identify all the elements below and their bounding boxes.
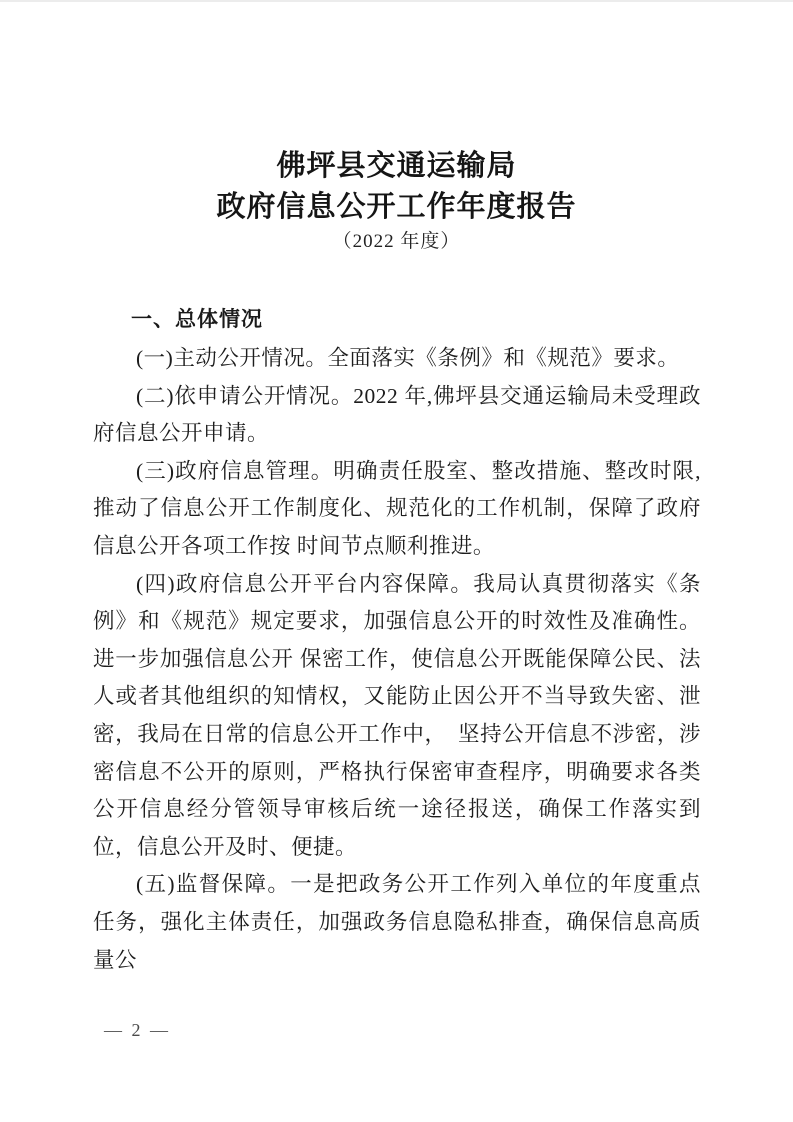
document-subtitle: （2022 年度）: [0, 230, 793, 254]
document-title-line-2: 政府信息公开工作年度报告: [0, 187, 793, 228]
paragraph: (二)依申请公开情况。2022 年,佛坪县交通运输局未受理政府信息公开申请。: [93, 378, 701, 453]
document-body: 一、总体情况 (一)主动公开情况。全面落实《条例》和《规范》要求。(二)依申请公…: [0, 300, 793, 979]
paragraph: (五)监督保障。一是把政务公开工作列入单位的年度重点任务，强化主体责任，加强政务…: [93, 866, 701, 979]
section-heading: 一、总体情况: [93, 300, 701, 340]
document-title-block: 佛坪县交通运输局 政府信息公开工作年度报告 （2022 年度）: [0, 2, 793, 254]
document-title-line-1: 佛坪县交通运输局: [0, 146, 793, 187]
paragraph: (一)主动公开情况。全面落实《条例》和《规范》要求。: [93, 340, 701, 378]
document-page: 佛坪县交通运输局 政府信息公开工作年度报告 （2022 年度） 一、总体情况 (…: [0, 0, 793, 1122]
paragraph: (三)政府信息管理。明确责任股室、整改措施、整改时限,推动了信息公开工作制度化、…: [93, 453, 701, 566]
paragraph-list: (一)主动公开情况。全面落实《条例》和《规范》要求。(二)依申请公开情况。202…: [93, 340, 701, 979]
page-number: — 2 —: [104, 1020, 169, 1041]
paragraph: (四)政府信息公开平台内容保障。我局认真贯彻落实《条例》和《规范》规定要求，加强…: [93, 566, 701, 867]
